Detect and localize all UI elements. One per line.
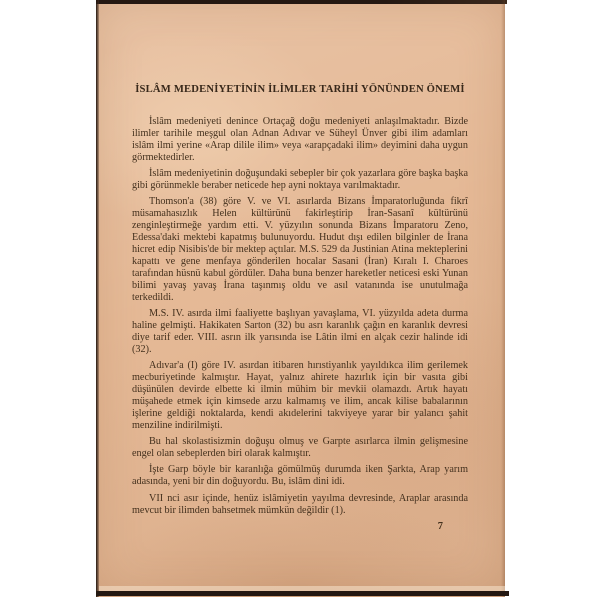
paragraph-6: Bu hal skolastisizmin doğuşu olmuş ve Ga… (132, 436, 468, 460)
scan-background: İSLÂM MEDENİYETİNİN İLİMLER TARİHİ YÖNÜN… (0, 0, 600, 600)
book-page: İSLÂM MEDENİYETİNİN İLİMLER TARİHİ YÖNÜN… (96, 0, 505, 597)
paragraph-5: Adıvar'a (I) göre IV. asırdan itibaren h… (132, 360, 468, 431)
page-number: 7 (438, 521, 443, 532)
paragraph-7: İşte Garp böyle bir karanlığa gömülmüş d… (132, 464, 468, 488)
paragraph-2: İslâm medeniyetinin doğuşundaki sebepler… (132, 168, 468, 192)
paragraph-1: İslâm medeniyeti denince Ortaçağ doğu me… (132, 116, 468, 164)
page-left-edge (96, 0, 99, 597)
page-right-edge (501, 0, 505, 597)
paragraph-3: Thomson'a (38) göre V. ve VI. asırlarda … (132, 196, 468, 303)
page-bottom-edge (96, 591, 509, 596)
paragraph-4: M.S. IV. asırda ilmi faaliyette başlıyan… (132, 308, 468, 356)
paragraph-8: VII nci asır içinde, henüz islâmiyetin y… (132, 493, 468, 517)
page-title: İSLÂM MEDENİYETİNİN İLİMLER TARİHİ YÖNÜN… (132, 83, 468, 96)
text-block: İSLÂM MEDENİYETİNİN İLİMLER TARİHİ YÖNÜN… (132, 0, 468, 517)
